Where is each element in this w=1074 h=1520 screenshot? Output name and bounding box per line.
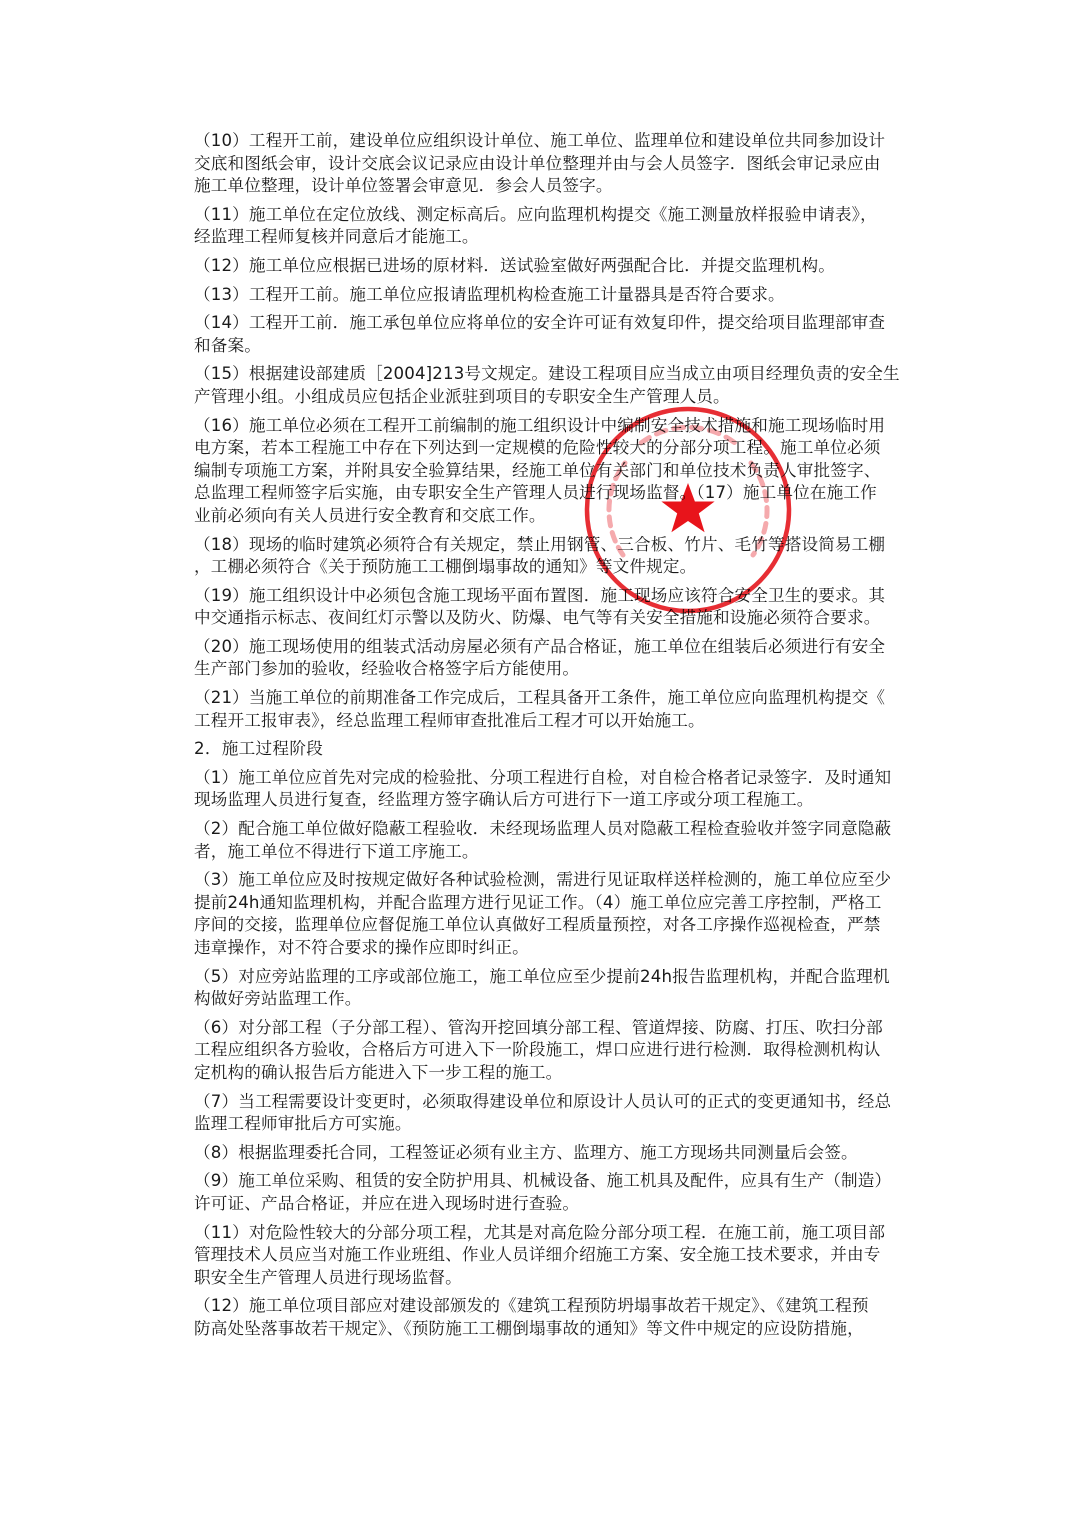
list-item: （12）施工单位应根据已进场的原材料．送试验室做好两强配合比．并提交监理机构。: [194, 255, 914, 278]
text-line: （8）根据监理委托合同，工程签证必须有业主方、监理方、施工方现场共同测量后会签。: [194, 1142, 914, 1165]
list-item: （3）施工单位应及时按规定做好各种试验检测，需进行见证取样送样检测的，施工单位应…: [194, 869, 914, 959]
list-item: （14）工程开工前．施工承包单位应将单位的安全许可证有效复印件，提交给项目监理部…: [194, 312, 914, 357]
text-line: 定机构的确认报告后方能进入下一步工程的施工。: [194, 1062, 914, 1085]
document-page: （10）工程开工前，建设单位应组织设计单位、施工单位、监理单位和建设单位共同参加…: [0, 0, 1074, 1520]
text-line: （16）施工单位必须在工程开工前编制的施工组织设计中编制安全技术措施和施工现场临…: [194, 415, 914, 438]
text-line: 中交通指示标志、夜间红灯示警以及防火、防爆、电气等有关安全措施和设施必须符合要求…: [194, 607, 914, 630]
document-body: （10）工程开工前，建设单位应组织设计单位、施工单位、监理单位和建设单位共同参加…: [194, 130, 914, 1347]
text-line: 序间的交接，监理单位应督促施工单位认真做好工程质量预控，对各工序操作巡视检查，严…: [194, 914, 914, 937]
text-line: 电方案，若本工程施工中存在下列达到一定规模的危险性较大的分部分项工程。施工单位必…: [194, 437, 914, 460]
list-item: （13）工程开工前。施工单位应报请监理机构检查施工计量器具是否符合要求。: [194, 284, 914, 307]
text-line: （12）施工单位应根据已进场的原材料．送试验室做好两强配合比．并提交监理机构。: [194, 255, 914, 278]
list-item: （11）施工单位在定位放线、测定标高后。应向监理机构提交《施工测量放样报验申请表…: [194, 204, 914, 249]
text-line: （9）施工单位采购、租赁的安全防护用具、机械设备、施工机具及配件，应具有生产（制…: [194, 1170, 914, 1193]
text-line: （11）施工单位在定位放线、测定标高后。应向监理机构提交《施工测量放样报验申请表…: [194, 204, 914, 227]
text-line: 管理技术人员应当对施工作业班组、作业人员详细介绍施工方案、安全施工技术要求，并由…: [194, 1244, 914, 1267]
text-line: 业前必须向有关人员进行安全教育和交底工作。: [194, 505, 914, 528]
text-line: （7）当工程需要设计变更时，必须取得建设单位和原设计人员认可的正式的变更通知书，…: [194, 1091, 914, 1114]
text-line: 编制专项施工方案，并附具安全验算结果，经施工单位有关部门和单位技术负责人审批签字…: [194, 460, 914, 483]
text-line: 总监理工程师签字后实施，由专职安全生产管理人员进行现场监督。（17）施工单位在施…: [194, 482, 914, 505]
text-line: 提前24h通知监理机构，并配合监理方进行见证工作。（4）施工单位应完善工序控制，…: [194, 892, 914, 915]
text-line: （18）现场的临时建筑必须符合有关规定，禁止用钢管、三合板、竹片、毛竹等搭设简易…: [194, 534, 914, 557]
text-line: 经监理工程师复核并同意后才能施工。: [194, 226, 914, 249]
text-line: （12）施工单位项目部应对建设部颁发的《建筑工程预防坍塌事故若干规定》、《建筑工…: [194, 1295, 914, 1318]
text-line: （3）施工单位应及时按规定做好各种试验检测，需进行见证取样送样检测的，施工单位应…: [194, 869, 914, 892]
text-line: （10）工程开工前，建设单位应组织设计单位、施工单位、监理单位和建设单位共同参加…: [194, 130, 914, 153]
list-item: （12）施工单位项目部应对建设部颁发的《建筑工程预防坍塌事故若干规定》、《建筑工…: [194, 1295, 914, 1340]
list-item: （7）当工程需要设计变更时，必须取得建设单位和原设计人员认可的正式的变更通知书，…: [194, 1091, 914, 1136]
text-line: （11）对危险性较大的分部分项工程，尤其是对高危险分部分项工程．在施工前，施工项…: [194, 1222, 914, 1245]
list-item: （11）对危险性较大的分部分项工程，尤其是对高危险分部分项工程．在施工前，施工项…: [194, 1222, 914, 1290]
text-line: 违章操作，对不符合要求的操作应即时纠正。: [194, 937, 914, 960]
text-line: 工程开工报审表》，经总监理工程师审查批准后工程才可以开始施工。: [194, 710, 914, 733]
text-line: 许可证、产品合格证，并应在进入现场时进行查验。: [194, 1193, 914, 1216]
list-item: （6）对分部工程（子分部工程）、管沟开挖回填分部工程、管道焊接、防腐、打压、吹扫…: [194, 1017, 914, 1085]
list-item: （16）施工单位必须在工程开工前编制的施工组织设计中编制安全技术措施和施工现场临…: [194, 415, 914, 528]
text-line: （6）对分部工程（子分部工程）、管沟开挖回填分部工程、管道焊接、防腐、打压、吹扫…: [194, 1017, 914, 1040]
text-line: 者，施工单位不得进行下道工序施工。: [194, 841, 914, 864]
text-line: 工程应组织各方验收，合格后方可进入下一阶段施工，焊口应进行进行检测．取得检测机构…: [194, 1039, 914, 1062]
text-line: 2．施工过程阶段: [194, 738, 914, 761]
list-item: （19）施工组织设计中必须包含施工现场平面布置图．施工现场应该符合安全卫生的要求…: [194, 585, 914, 630]
list-item: （8）根据监理委托合同，工程签证必须有业主方、监理方、施工方现场共同测量后会签。: [194, 1142, 914, 1165]
section-heading: 2．施工过程阶段: [194, 738, 914, 761]
list-item: （1）施工单位应首先对完成的检验批、分项工程进行自检，对自检合格者记录签字．及时…: [194, 767, 914, 812]
list-item: （10）工程开工前，建设单位应组织设计单位、施工单位、监理单位和建设单位共同参加…: [194, 130, 914, 198]
text-line: 施工单位整理，设计单位签署会审意见．参会人员签字。: [194, 175, 914, 198]
text-line: （14）工程开工前．施工承包单位应将单位的安全许可证有效复印件，提交给项目监理部…: [194, 312, 914, 335]
text-line: （1）施工单位应首先对完成的检验批、分项工程进行自检，对自检合格者记录签字．及时…: [194, 767, 914, 790]
text-line: 和备案。: [194, 335, 914, 358]
text-line: （21）当施工单位的前期准备工作完成后，工程具备开工条件，施工单位应向监理机构提…: [194, 687, 914, 710]
text-line: （13）工程开工前。施工单位应报请监理机构检查施工计量器具是否符合要求。: [194, 284, 914, 307]
text-line: 职安全生产管理人员进行现场监督。: [194, 1267, 914, 1290]
text-line: 产管理小组。小组成员应包括企业派驻到项目的专职安全生产管理人员。: [194, 386, 914, 409]
list-item: （9）施工单位采购、租赁的安全防护用具、机械设备、施工机具及配件，应具有生产（制…: [194, 1170, 914, 1215]
list-item: （18）现场的临时建筑必须符合有关规定，禁止用钢管、三合板、竹片、毛竹等搭设简易…: [194, 534, 914, 579]
text-line: （20）施工现场使用的组装式活动房屋必须有产品合格证，施工单位在组装后必须进行有…: [194, 636, 914, 659]
text-line: 防高处坠落事故若干规定》、《预防施工工棚倒塌事故的通知》等文件中规定的应设防措施…: [194, 1318, 914, 1341]
text-line: 生产部门参加的验收，经验收合格签字后方能使用。: [194, 658, 914, 681]
text-line: 交底和图纸会审，设计交底会议记录应由设计单位整理并由与会人员签字．图纸会审记录应…: [194, 153, 914, 176]
text-line: 监理工程师审批后方可实施。: [194, 1113, 914, 1136]
list-item: （21）当施工单位的前期准备工作完成后，工程具备开工条件，施工单位应向监理机构提…: [194, 687, 914, 732]
text-line: ，工棚必须符合《关于预防施工工棚倒塌事故的通知》等文件规定。: [194, 556, 914, 579]
text-line: （5）对应旁站监理的工序或部位施工，施工单位应至少提前24h报告监理机构，并配合…: [194, 966, 914, 989]
list-item: （20）施工现场使用的组装式活动房屋必须有产品合格证，施工单位在组装后必须进行有…: [194, 636, 914, 681]
text-line: （2）配合施工单位做好隐蔽工程验收．未经现场监理人员对隐蔽工程检查验收并签字同意…: [194, 818, 914, 841]
text-line: 现场监理人员进行复查，经监理方签字确认后方可进行下一道工序或分项工程施工。: [194, 789, 914, 812]
list-item: （15）根据建设部建质［2004]213号文规定。建设工程项目应当成立由项目经理…: [194, 363, 914, 408]
text-line: 构做好旁站监理工作。: [194, 988, 914, 1011]
text-line: （19）施工组织设计中必须包含施工现场平面布置图．施工现场应该符合安全卫生的要求…: [194, 585, 914, 608]
list-item: （5）对应旁站监理的工序或部位施工，施工单位应至少提前24h报告监理机构，并配合…: [194, 966, 914, 1011]
list-item: （2）配合施工单位做好隐蔽工程验收．未经现场监理人员对隐蔽工程检查验收并签字同意…: [194, 818, 914, 863]
text-line: （15）根据建设部建质［2004]213号文规定。建设工程项目应当成立由项目经理…: [194, 363, 914, 386]
